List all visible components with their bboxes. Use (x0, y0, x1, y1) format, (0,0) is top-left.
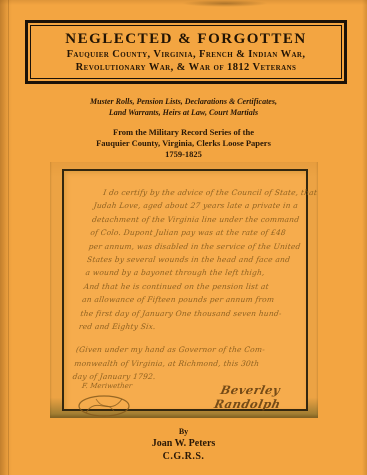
manuscript-line: an allowance of Fifteen pounds per annum… (81, 293, 293, 306)
manuscript-line: Judah Love, aged about 27 years late a p… (93, 199, 305, 212)
scan-edge-left (0, 0, 12, 475)
manuscript-attest-signature: F. Meriwether (82, 382, 133, 390)
author-block: By Joan W. Peters C.G.R.S. (0, 426, 367, 463)
manuscript-line: red and Eighty Six. (78, 320, 290, 333)
manuscript-line: States by several wounds in the head and… (86, 253, 298, 266)
author-credentials: C.G.R.S. (0, 450, 367, 463)
book-cover: NEGLECTED & FORGOTTEN Fauquier County, V… (0, 0, 367, 475)
title-box-inner-border: NEGLECTED & FORGOTTEN Fauquier County, V… (30, 25, 342, 79)
manuscript-line: of Colo. Dupont Julian pay was at the ra… (90, 226, 302, 239)
series-note: From the Military Record Series of the F… (0, 127, 367, 160)
manuscript-closing-line: monwealth of Virginia, at Richmond, this… (74, 357, 286, 370)
manuscript-line: detachment of the Virginia line under th… (91, 213, 303, 226)
author-name: Joan W. Peters (0, 437, 367, 450)
series-line2: Fauquier County, Virginia, Clerks Loose … (0, 138, 367, 149)
manuscript-line: And that he is continued on the pension … (83, 280, 295, 293)
cover-subtitle-line2: Revolutionary War, & War of 1812 Veteran… (76, 61, 297, 74)
manuscript-closing-line: (Given under my hand as Governor of the … (75, 343, 287, 356)
cover-title: NEGLECTED & FORGOTTEN (65, 31, 307, 48)
cover-subtitle-line1: Fauquier County, Virginia, French & Indi… (67, 48, 306, 61)
manuscript-line: I do certify by the advice of the Counci… (94, 186, 306, 199)
series-line1: From the Military Record Series of the (0, 127, 367, 138)
tagline-line2: Land Warrants, Heirs at Law, Court Marti… (0, 108, 367, 119)
series-line3: 1759-1825 (0, 149, 367, 160)
pen-flourish-seal-icon (76, 393, 132, 419)
scan-smudge (182, 0, 268, 7)
manuscript-facsimile: I do certify by the advice of the Counci… (62, 169, 308, 411)
title-box: NEGLECTED & FORGOTTEN Fauquier County, V… (25, 20, 347, 84)
author-by-label: By (0, 426, 367, 437)
records-tagline: Muster Rolls, Pension Lists, Declaration… (0, 97, 367, 118)
manuscript-body: I do certify by the advice of the Counci… (72, 186, 306, 383)
scan-edge-right (362, 0, 367, 475)
manuscript-line: a wound by a bayonet through the left th… (85, 266, 297, 279)
manuscript-line: the first day of January One thousand se… (80, 307, 292, 320)
tagline-line1: Muster Rolls, Pension Lists, Declaration… (0, 97, 367, 108)
governor-signature: Beverley Randolph (191, 383, 307, 411)
manuscript-line: per annum, was disabled in the service o… (88, 240, 300, 253)
scan-edge-line (8, 0, 9, 475)
